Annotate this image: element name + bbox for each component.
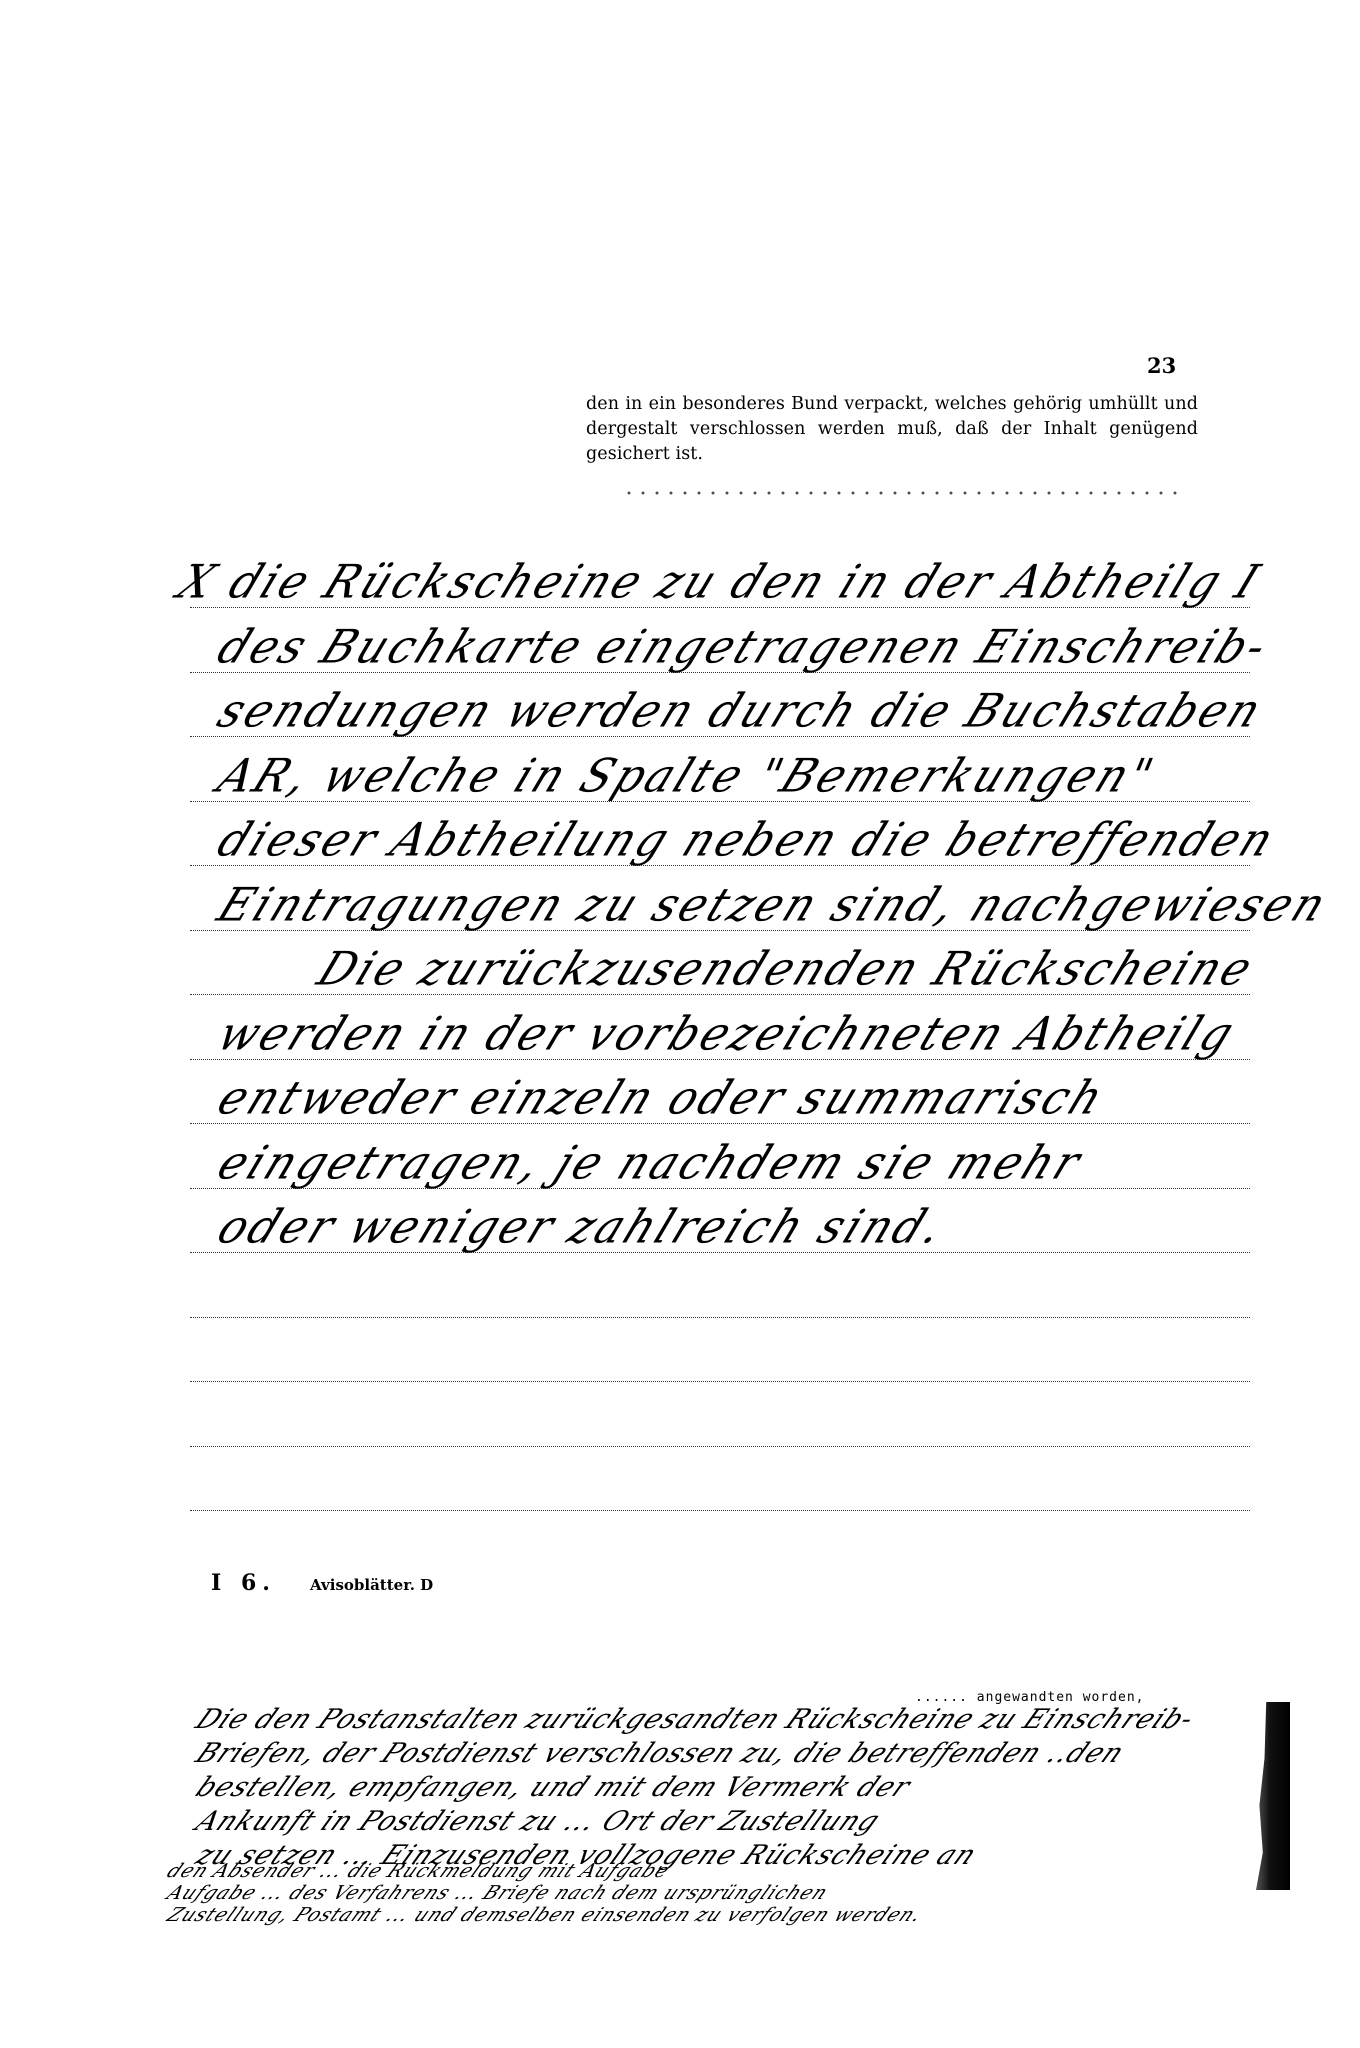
handwritten-line: entweder einzeln oder summarisch bbox=[210, 1073, 1113, 1126]
note-line: Zustellung, Postamt ... und demselben ei… bbox=[163, 1904, 927, 1926]
handwritten-line: AR, welche in Spalte "Bemerkungen" bbox=[210, 750, 1163, 803]
handwritten-line: des Buchkarte eingetragenen Einschreib- bbox=[210, 621, 1277, 674]
handwritten-line: Die zurückzusendenden Rückscheine bbox=[310, 944, 1262, 997]
form-title: Avisoblätter. D bbox=[310, 1576, 433, 1594]
printed-paragraph: den in ein besonderes Bund verpackt, wel… bbox=[586, 392, 1198, 467]
ruled-line bbox=[190, 1446, 1250, 1447]
bottom-handwritten-note: ...... angewandten worden, Die den Posta… bbox=[155, 1690, 1290, 1930]
ruled-line bbox=[190, 1317, 1250, 1318]
ruled-line bbox=[190, 1381, 1250, 1382]
handwritten-entry: X die Rückscheine zu den in der Abtheilg… bbox=[190, 540, 1250, 1540]
note-line: Ankunft in Postdienst zu ... Ort der Zus… bbox=[190, 1806, 886, 1837]
page-number: 23 bbox=[1147, 353, 1176, 378]
cut-off-printed-line bbox=[622, 490, 1182, 496]
partial-printed-text: ...... angewandten worden, bbox=[915, 1690, 1145, 1705]
note-line: bestellen, empfangen, und mit dem Vermer… bbox=[190, 1772, 917, 1803]
printed-paragraph-text: den in ein besonderes Bund verpackt, wel… bbox=[586, 392, 1198, 467]
handwritten-line: eingetragen, je nachdem sie mehr bbox=[210, 1137, 1090, 1190]
handwritten-line: dieser Abtheilung neben die betreffenden bbox=[210, 815, 1284, 868]
note-line: Aufgabe ... des Verfahrens ... Briefe na… bbox=[163, 1882, 832, 1904]
handwritten-line: sendungen werden durch die Buchstaben bbox=[210, 686, 1271, 739]
handwritten-line: Eintragungen zu setzen sind, nachgewiese… bbox=[210, 879, 1336, 932]
form-code: I 6. bbox=[211, 1570, 276, 1596]
note-line: Briefen, der Postdienst verschlossen zu,… bbox=[190, 1738, 1130, 1769]
handwritten-line: X die Rückscheine zu den in der Abtheilg… bbox=[170, 557, 1269, 610]
note-line: Die den Postanstalten zurückgesandten Rü… bbox=[190, 1704, 1201, 1735]
handwritten-line: oder weniger zahlreich sind. bbox=[210, 1202, 953, 1255]
scan-edge-shadow bbox=[1256, 1702, 1290, 1890]
handwritten-line: werden in der vorbezeichneten Abtheilg bbox=[210, 1008, 1244, 1061]
ruled-line bbox=[190, 1510, 1250, 1511]
note-line: den Absender ... die Rückmeldung mit Auf… bbox=[163, 1860, 674, 1882]
